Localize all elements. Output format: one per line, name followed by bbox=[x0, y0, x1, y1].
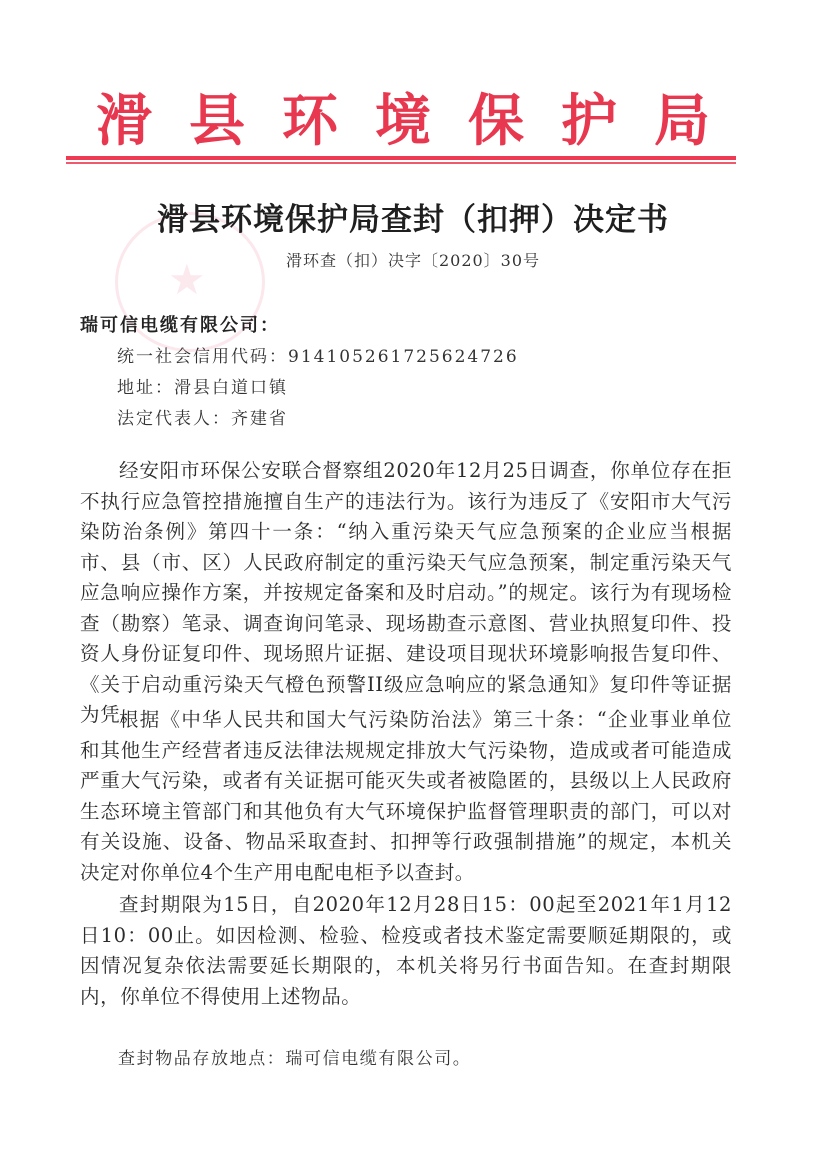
masthead-divider-thick bbox=[66, 156, 736, 160]
masthead-char: 保 bbox=[466, 77, 526, 157]
agency-masthead: 滑 县 环 境 保 护 局 bbox=[66, 82, 736, 152]
masthead-divider-thin bbox=[66, 162, 736, 164]
masthead-char: 滑 bbox=[94, 77, 154, 157]
legal-representative-line: 法定代表人：齐建省 bbox=[117, 404, 288, 429]
document-number: 滑环查（扣）决字〔2020〕30号 bbox=[0, 248, 826, 271]
recipient-name: 瑞可信电缆有限公司： bbox=[80, 311, 280, 337]
paragraph-seizure-period: 查封期限为15日，自2020年12月28日15：00起至2021年1月12日10… bbox=[80, 890, 732, 1012]
document-title: 滑县环境保护局查封（扣押）决定书 bbox=[0, 194, 826, 239]
address-line: 地址：滑县白道口镇 bbox=[117, 373, 288, 398]
paragraph-violation-facts: 经安阳市环保公安联合督察组2020年12月25日调查，你单位存在拒不执行应急管控… bbox=[80, 456, 732, 731]
masthead-char: 县 bbox=[187, 77, 247, 157]
paragraph-legal-basis: 根据《中华人民共和国大气污染防治法》第三十条：“企业事业单位和其他生产经营者违反… bbox=[80, 705, 732, 888]
masthead-char: 境 bbox=[373, 77, 433, 157]
masthead-char: 护 bbox=[559, 77, 619, 157]
credit-code-line: 统一社会信用代码：914105261725624726 bbox=[117, 342, 519, 367]
masthead-char: 环 bbox=[280, 77, 340, 157]
masthead-char: 局 bbox=[652, 77, 712, 157]
storage-location-line: 查封物品存放地点：瑞可信电缆有限公司。 bbox=[118, 1044, 471, 1069]
